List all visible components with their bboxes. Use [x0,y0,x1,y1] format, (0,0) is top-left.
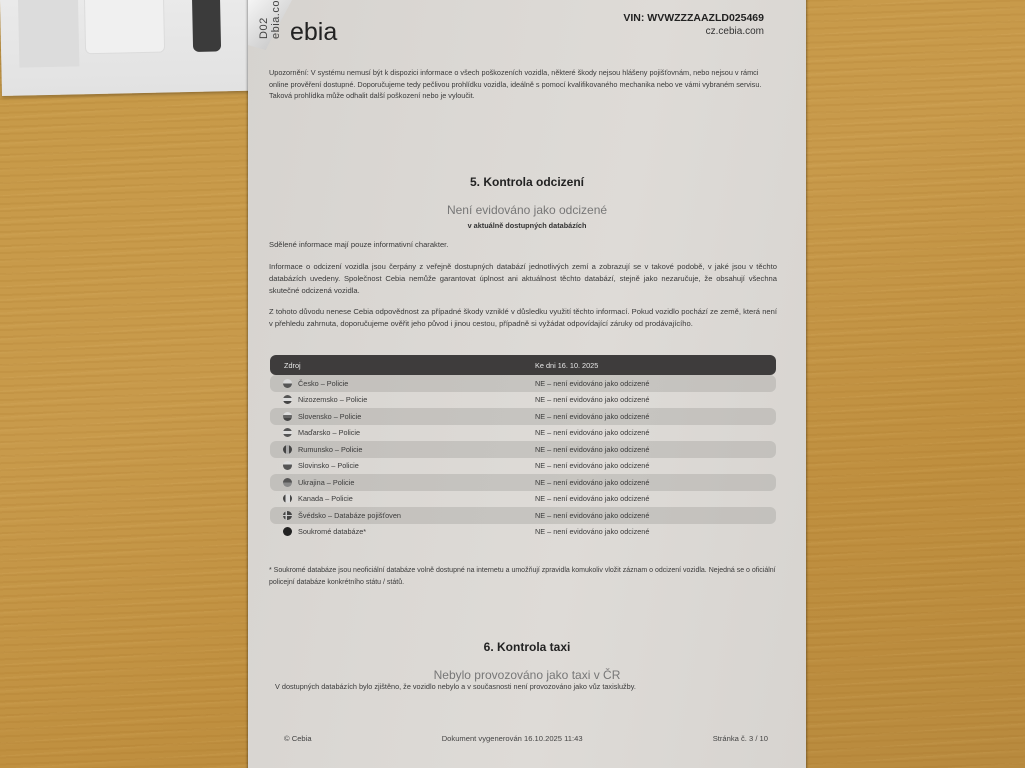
footer-copyright: © Cebia [284,734,312,743]
underlay-text-1: D02 [258,0,270,39]
table-row: Česko – PolicieNE – není evidováno jako … [270,375,776,392]
header-date: Ke dni 16. 10. 2025 [535,361,598,370]
result-cell: NE – není evidováno jako odcizené [535,379,649,388]
source-cell: Maďarsko – Policie [270,428,535,437]
result-cell: NE – není evidováno jako odcizené [535,511,649,520]
damage-notice: Upozornění: V systému nemusí být k dispo… [269,67,779,102]
page-footer: © Cebia Dokument vygenerován 16.10.2025 … [284,734,768,743]
table-row: Kanada – PolicieNE – není evidováno jako… [270,491,776,508]
source-cell: Ukrajina – Policie [270,478,535,487]
source-label: Slovensko – Policie [298,412,361,421]
background-document-dark-strip [192,0,221,52]
table-header: Zdroj Ke dni 16. 10. 2025 [270,355,776,375]
site-url: cz.cebia.com [623,26,764,37]
table-row: Soukromé databáze*NE – není evidováno ja… [270,524,776,541]
info-paragraph-3: Z tohoto důvodu nenese Cebia odpovědnost… [269,306,777,330]
source-label: Soukromé databáze* [298,527,366,536]
hu-flag-icon [283,428,292,437]
vin-header: VIN: WVWZZZAAZLD025469 cz.cebia.com [623,12,764,37]
underlay-vertical-text: D02 ebia.co [258,0,282,39]
result-cell: NE – není evidováno jako odcizené [535,461,649,470]
source-label: Švédsko – Databáze pojišťoven [298,511,401,520]
source-cell: Švédsko – Databáze pojišťoven [270,511,535,520]
source-label: Nizozemsko – Policie [298,395,367,404]
theft-status: Není evidováno jako odcizené [248,203,806,217]
table-row: Nizozemsko – PolicieNE – není evidováno … [270,392,776,409]
source-label: Kanada – Policie [298,494,353,503]
header-source: Zdroj [270,361,535,370]
theft-status-sub: v aktuálně dostupných databázích [248,221,806,230]
taxi-paragraph: V dostupných databázích bylo zjištěno, ž… [275,681,783,693]
ua-flag-icon [283,478,292,487]
result-cell: NE – není evidováno jako odcizené [535,527,649,536]
table-row: Slovensko – PolicieNE – není evidováno j… [270,408,776,425]
cz-flag-icon [283,379,292,388]
result-cell: NE – není evidováno jako odcizené [535,478,649,487]
result-cell: NE – není evidováno jako odcizené [535,412,649,421]
source-cell: Česko – Policie [270,379,535,388]
section-title-theft: 5. Kontrola odcizení [248,175,806,189]
source-label: Slovinsko – Policie [298,461,359,470]
taxi-status: Nebylo provozováno jako taxi v ČR [248,668,806,682]
source-cell: Rumunsko – Policie [270,445,535,454]
source-label: Rumunsko – Policie [298,445,363,454]
source-cell: Slovinsko – Policie [270,461,535,470]
underlay-text-2: ebia.co [270,0,282,39]
footer-generated: Dokument vygenerován 16.10.2025 11:43 [442,734,583,743]
table-row: Slovinsko – PolicieNE – není evidováno j… [270,458,776,475]
theft-database-table: Zdroj Ke dni 16. 10. 2025 Česko – Polici… [270,355,776,540]
source-cell: Nizozemsko – Policie [270,395,535,404]
section-title-taxi: 6. Kontrola taxi [248,640,806,654]
footer-page-number: Stránka č. 3 / 10 [713,734,768,743]
source-label: Česko – Policie [298,379,348,388]
sk-flag-icon [283,412,292,421]
source-cell: Soukromé databáze* [270,527,535,536]
background-document-panel [18,0,79,68]
info-paragraph-2: Informace o odcizení vozidla jsou čerpán… [269,261,777,298]
se-flag-icon [283,511,292,520]
result-cell: NE – není evidováno jako odcizené [535,494,649,503]
report-page: ebia VIN: WVWZZZAAZLD025469 cz.cebia.com… [248,0,806,768]
result-cell: NE – není evidováno jako odcizené [535,395,649,404]
info-paragraph-1: Sdělené informace mají pouze informativn… [269,239,777,251]
table-row: Rumunsko – PolicieNE – není evidováno ja… [270,441,776,458]
ro-flag-icon [283,445,292,454]
source-label: Maďarsko – Policie [298,428,360,437]
vin-number: VIN: WVWZZZAAZLD025469 [623,12,764,24]
si-flag-icon [283,461,292,470]
private-db-footnote: * Soukromé databáze jsou neoficiální dat… [269,565,779,589]
source-cell: Kanada – Policie [270,494,535,503]
background-document-card [84,0,165,54]
source-cell: Slovensko – Policie [270,412,535,421]
nl-flag-icon [283,395,292,404]
private-db-icon [283,527,292,536]
table-row: Maďarsko – PolicieNE – není evidováno ja… [270,425,776,442]
ca-flag-icon [283,494,292,503]
cebia-logo: ebia [290,18,337,47]
table-row: Ukrajina – PolicieNE – není evidováno ja… [270,474,776,491]
result-cell: NE – není evidováno jako odcizené [535,428,649,437]
table-row: Švédsko – Databáze pojišťovenNE – není e… [270,507,776,524]
source-label: Ukrajina – Policie [298,478,354,487]
result-cell: NE – není evidováno jako odcizené [535,445,649,454]
